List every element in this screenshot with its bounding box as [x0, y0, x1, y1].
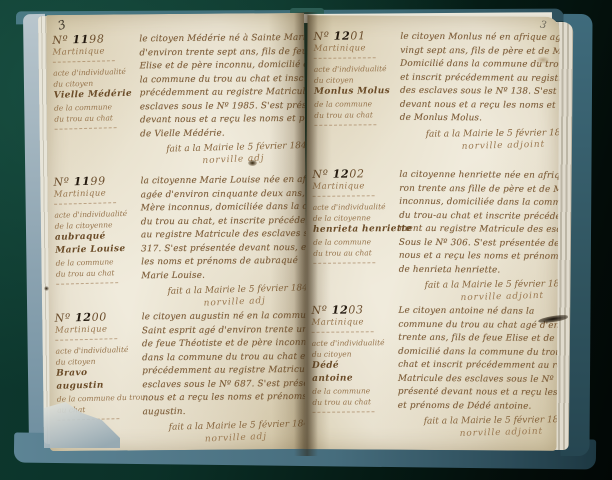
entry-region: Martinique	[54, 188, 140, 200]
margin-dash-divider	[54, 202, 116, 205]
body-line: Elise et de père inconnu, domicilié dans	[140, 59, 308, 74]
body-line: la commune du trou au chat et inscrit	[140, 72, 308, 87]
body-line: précédemment au registre Matricule des	[140, 86, 308, 101]
body-line: ment au registre Matricule des esclaves	[399, 223, 560, 238]
entry-region: Martinique	[52, 46, 138, 58]
body-line: les noms et prénoms de aubraqué	[141, 254, 308, 269]
entry-dateline: fait a la Mairie le 5 février 1849	[424, 415, 560, 427]
margin-citizen-name: antoine	[312, 372, 398, 386]
body-line: devant nous et a reçu les noms et prénom…	[140, 113, 308, 128]
entry-margin-notes: Nº 1198 Martinique acte d'individualitéd…	[49, 32, 141, 166]
margin-dash-divider	[55, 127, 117, 130]
register-entry: Nº 1198 Martinique acte d'individualitéd…	[50, 31, 308, 165]
body-line: Saint esprit agé d'environ trente un ans…	[142, 323, 308, 338]
margin-line: de la commune	[312, 385, 398, 397]
body-line: Le citoyen antoine né dans la	[398, 305, 559, 320]
margin-line: du citoyen	[314, 74, 400, 86]
body-line: la citoyenne Marie Louise née en afrique	[141, 173, 308, 188]
body-line: trente ans, fils de feue Elise et de pèr…	[398, 332, 559, 347]
body-line: précédemment au registre Matricule des	[142, 363, 308, 378]
scanned-register-spread: Nº 1198 Martinique acte d'individualitéd…	[0, 0, 612, 480]
margin-citizen-name: Vielle Médérie	[54, 88, 140, 103]
entry-body-text: le citoyen Monlus né en afrique agé d'en…	[400, 30, 560, 150]
margin-line: de la citoyenne	[313, 212, 399, 224]
body-line: chat et inscrit précédemment au registre	[398, 359, 559, 374]
entry-number: Nº 1201	[313, 29, 399, 43]
register-entry: Nº 1199 Martinique acte d'individualitéd…	[51, 173, 307, 307]
body-line: Mère inconnus, domiciliée dans la commun…	[141, 200, 308, 215]
entry-margin-notes: Nº 1203 Martinique acte d'individualitéd…	[308, 303, 398, 436]
entry-body-text: la citoyenne henriette née en afrique ag…	[399, 168, 560, 302]
body-line: de Monlus Molus.	[400, 112, 560, 127]
margin-line: de la commune	[314, 98, 400, 110]
register-page-left: Nº 1198 Martinique acte d'individualitéd…	[46, 13, 308, 451]
entry-number: Nº 1203	[311, 303, 397, 317]
margin-citizen-name: Monlus Molus	[314, 85, 400, 99]
margin-line: acte d'individualité	[313, 201, 399, 213]
entry-signature: norville adjoint	[460, 288, 559, 303]
margin-dash-divider	[312, 411, 374, 413]
margin-line: du trou au chat	[312, 396, 398, 408]
margin-line: de la commune	[313, 236, 399, 248]
entry-number: Nº 1202	[312, 167, 398, 181]
entry-body-text: le citoyen Médérie né à Sainte Marie agé…	[139, 31, 308, 165]
entry-dateline: fait a la Mairie le 5 février 1849	[426, 127, 560, 139]
body-line: agée d'environ cinquante deux ans, de pè…	[141, 187, 308, 202]
body-line: nous et a reçu les noms et prénoms	[399, 250, 560, 265]
body-line: le citoyen Monlus né en afrique agé d'en…	[400, 31, 559, 46]
entry-number-dark-digits: 11	[74, 175, 91, 188]
register-entry: Nº 1203 Martinique acte d'individualitéd…	[309, 303, 560, 437]
body-line: la citoyenne henriette née en afrique ag…	[399, 169, 559, 184]
margin-line: de la commune du trou	[57, 392, 143, 405]
body-line: et prénoms de Dédé antoine.	[398, 399, 560, 414]
entry-region: Martinique	[314, 43, 400, 54]
margin-line: du trou au chat	[54, 112, 140, 125]
margin-dash-divider	[313, 262, 375, 264]
entry-number-dark-digits: 11	[72, 33, 89, 46]
entry-region: Martinique	[55, 324, 141, 336]
entry-dateline: fait a la Mairie le 5 février 1849	[425, 279, 560, 291]
entry-margin-notes: Nº 1201 Martinique acte d'individualitéd…	[310, 29, 400, 148]
body-line: Domicilié dans la commune du trou au cha…	[400, 58, 559, 73]
margin-line: du trou au chat	[313, 247, 399, 259]
margin-dash-divider	[53, 60, 115, 63]
entry-number-dark-digits: 12	[75, 311, 92, 324]
margin-dash-divider	[56, 282, 118, 285]
entry-signature: norville adjoint	[462, 137, 560, 151]
entry-region: Martinique	[312, 317, 398, 328]
body-line: le citoyen Médérie né à Sainte Marie agé	[139, 32, 308, 47]
body-line: des esclaves sous le Nº 138. S'est prése…	[400, 85, 560, 100]
margin-citizen-name: Dédé	[312, 359, 398, 373]
entry-number-dark-digits: 12	[334, 30, 351, 43]
body-line: inconnus, domiciliée dans la commune	[399, 196, 559, 211]
body-line: esclaves sous le Nº 687. S'est présenté …	[142, 377, 308, 392]
entry-number: Nº 1200	[55, 310, 141, 325]
body-line: 317. S'est présentée devant nous, et a r…	[141, 241, 308, 256]
body-line: esclaves sous le Nº 1985. S'est présenté	[140, 99, 308, 114]
margin-line: du trou au chat	[56, 267, 142, 280]
entry-margin-notes: Nº 1202 Martinique acte d'individualitéd…	[309, 167, 399, 300]
entry-margin-notes: Nº 1199 Martinique acte d'individualitéd…	[50, 174, 142, 308]
entry-signature: norville adjoint	[460, 425, 560, 439]
entry-number: Nº 1198	[52, 32, 138, 47]
body-line: le citoyen augustin né en la commune du	[142, 309, 308, 324]
register-entry: Nº 1201 Martinique acte d'individualitéd…	[311, 29, 560, 149]
margin-line: acte d'individualité	[314, 63, 400, 75]
entry-number-dark-digits: 12	[333, 168, 350, 181]
body-line: présenté devant nous et a reçu les noms	[398, 386, 560, 401]
body-line: Marie Louise.	[141, 268, 308, 283]
margin-dash-divider	[314, 124, 376, 126]
margin-dash-divider	[312, 331, 374, 333]
register-page-right: Nº 1201 Martinique acte d'individualitéd…	[304, 15, 559, 451]
body-line: au registre Matricule des esclaves sous …	[141, 227, 308, 242]
body-line: de feue Théotiste et de père inconnu, do…	[142, 336, 308, 351]
body-line: du trou au chat, et inscrite précédemmen…	[141, 214, 308, 229]
body-line: augustin.	[143, 404, 308, 419]
margin-line: acte d'individualité	[312, 337, 398, 349]
body-line: dans la commune du trou au chat et inscr…	[142, 350, 308, 365]
margin-line: du trou au chat	[314, 109, 400, 121]
body-line: de Vielle Médérie.	[140, 126, 308, 141]
register-entry: Nº 1202 Martinique acte d'individualitéd…	[310, 167, 560, 301]
margin-dash-divider	[313, 195, 375, 197]
margin-dash-divider	[314, 57, 376, 59]
entry-number-dark-digits: 12	[332, 304, 349, 317]
margin-citizen-name: henrieta henriette	[313, 223, 399, 237]
margin-dash-divider	[55, 338, 117, 341]
body-line: de henrieta henriette.	[399, 263, 560, 278]
body-line: nous et a reçu les noms et prénoms de Br…	[142, 390, 307, 405]
margin-line: du citoyen	[312, 348, 398, 360]
body-line: d'environ trente sept ans, fils de feue	[139, 45, 308, 60]
entry-number: Nº 1199	[53, 174, 139, 189]
entry-region: Martinique	[312, 181, 398, 192]
entry-body-text: le citoyen augustin né en la commune duS…	[142, 308, 308, 442]
entry-body-text: Le citoyen antoine né dans lacommune du …	[398, 304, 560, 438]
entry-body-text: la citoyenne Marie Louise née en afrique…	[140, 172, 307, 306]
